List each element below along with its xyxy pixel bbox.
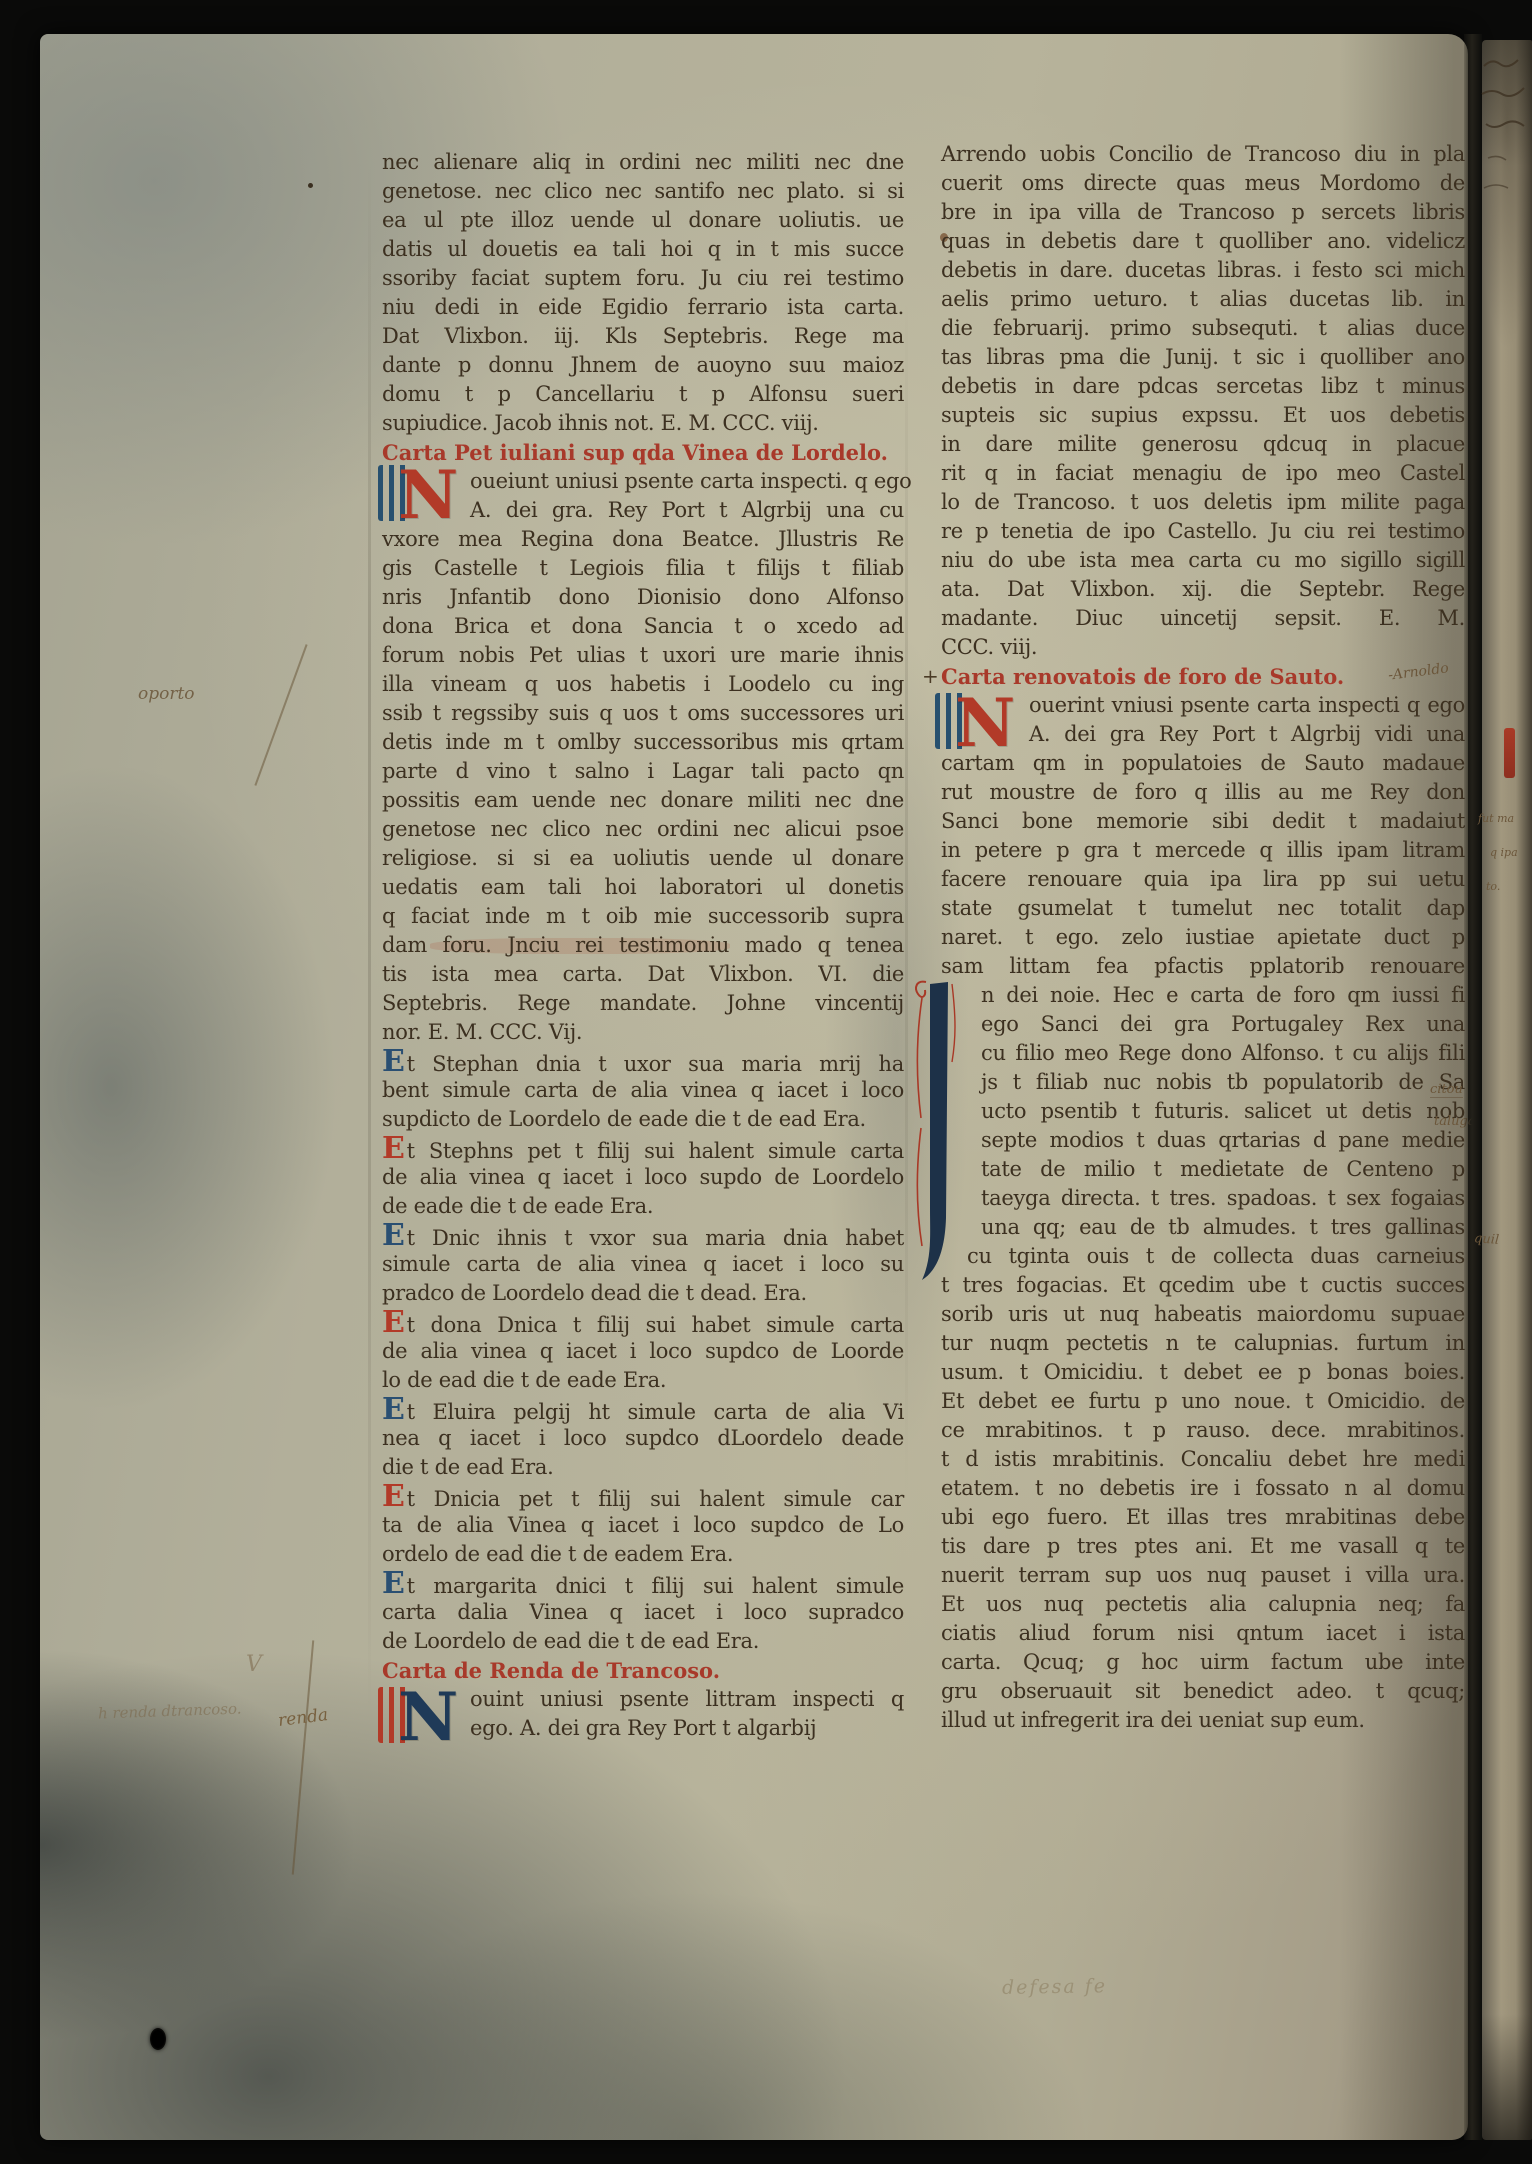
margin-note-citou: citou [1430, 1082, 1463, 1098]
manuscript-line: ouint uniusi psente littram inspecti q [382, 1685, 904, 1714]
manuscript-line: quas in debetis dare t quolliber ano. vi… [941, 227, 1465, 256]
manuscript-line: religiose. si si ea uoliutis uende ul do… [382, 844, 904, 873]
manuscript-line: simule carta de alia vinea q iacet i loc… [382, 1250, 904, 1279]
cross-mark: + [922, 664, 939, 688]
manuscript-line: ce mrabitinos. t p rauso. dece. mrabitin… [941, 1416, 1465, 1445]
manuscript-line: ordelo de ead die t de eadem Era. [382, 1540, 904, 1569]
rubric-line: Carta de Renda de Trancoso. [382, 1656, 904, 1685]
manuscript-line: ta de alia Vinea q iacet i loco supdco d… [382, 1511, 904, 1540]
manuscript-line: de alia vinea q iacet i loco supdo de Lo… [382, 1163, 904, 1192]
manuscript-line: vxore mea Regina dona Beatce. Jllustris … [382, 525, 904, 554]
manuscript-line: A. dei gra Rey Port t Algrbij vidi una [941, 720, 1465, 749]
manuscript-line: cartam qm in populatoies de Sauto madaue [941, 749, 1465, 778]
fore-edge-red-initial [1504, 728, 1515, 778]
manuscript-line: die t de ead Era. [382, 1453, 904, 1482]
crease-line [368, 160, 371, 1720]
illuminated-initial-noverint-right: N [935, 690, 1017, 752]
manuscript-line: tis dare p tres ptes ani. Et me vasall q… [941, 1532, 1465, 1561]
fore-edge-note: quil [1474, 1231, 1500, 1248]
manuscript-line: debetis in dare pdcas sercetas libz t mi… [941, 372, 1465, 401]
manuscript-line: dona Brica et dona Sancia t o xcedo ad [382, 612, 904, 641]
manuscript-line: cu filio meo Rege dono Alfonso. t cu ali… [941, 1039, 1465, 1068]
manuscript-line: possitis eam uende nec donare militi nec… [382, 786, 904, 815]
manuscript-line: Et Stephan dnia t uxor sua maria mrij ha [382, 1047, 904, 1076]
manuscript-line: dante p donnu Jhnem de auoyno suu maioz [382, 351, 904, 380]
paragraph-initial: E [382, 1218, 407, 1253]
margin-v-mark: V [246, 1652, 262, 1677]
manuscript-line: supiudice. Jacob ihnis not. E. M. CCC. v… [382, 409, 904, 438]
manuscript-line: domu t p Cancellariu t p Alfonsu sueri [382, 380, 904, 409]
paragraph-initial: E [382, 1131, 407, 1166]
manuscript-line: Arrendo uobis Concilio de Trancoso diu i… [941, 140, 1465, 169]
manuscript-line: nec alienare aliq in ordini nec militi n… [382, 148, 904, 177]
paragraph-initial: E [382, 1479, 407, 1514]
manuscript-line: parte d vino t salno i Lagar tali pacto … [382, 757, 904, 786]
manuscript-line: taeyga directa. t tres. spadoas. t sex f… [941, 1184, 1465, 1213]
manuscript-line: illud ut infregerit ira dei ueniat sup e… [941, 1706, 1465, 1735]
manuscript-line: ciatis aliud forum nisi qntum iacet i is… [941, 1619, 1465, 1648]
manuscript-line: A. dei gra. Rey Port t Algrbij una cu [382, 496, 904, 525]
manuscript-line: state gsumelat t tumelut nec totalit dap [941, 894, 1465, 923]
manuscript-line: usum. t Omicidiu. t debet ee p bonas boi… [941, 1358, 1465, 1387]
manuscript-line: tur nuqm pectetis n te calupnias. furtum… [941, 1329, 1465, 1358]
manuscript-line: de eade die t de eade Era. [382, 1192, 904, 1221]
ink-speck [308, 183, 313, 188]
manuscript-line: gru obseruauit sit benedict adeo. t qcuq… [941, 1677, 1465, 1706]
manuscript-line: niu do ube ista mea carta cu mo sigillo … [941, 546, 1465, 575]
manuscript-line: Et uos nuq pectetis alia calupnia neq; f… [941, 1590, 1465, 1619]
manuscript-line: genetose. nec clico nec santifo nec plat… [382, 177, 904, 206]
manuscript-line: madante. Diuc uincetij sepsit. E. M. [941, 604, 1465, 633]
manuscript-line: Et Eluira pelgij ht simule carta de alia… [382, 1395, 904, 1424]
manuscript-line: t tres fogacias. Et qcedim ube t cuctis … [941, 1271, 1465, 1300]
manuscript-line: supdicto de Loordelo de eade die t de ea… [382, 1105, 904, 1134]
initial-letter: N [398, 456, 458, 534]
manuscript-line: die februarij. primo subsequti. t alias … [941, 314, 1465, 343]
illuminated-initial-noverint-left: N [378, 462, 460, 524]
manuscript-line: ssib t regssiby suis q uos t oms success… [382, 699, 904, 728]
manuscript-line: de alia vinea q iacet i loco supdco de L… [382, 1337, 904, 1366]
manuscript-line: oueiunt uniusi psente carta inspecti. q … [382, 467, 904, 496]
manuscript-line: datis ul douetis ea tali hoi q in t mis … [382, 235, 904, 264]
manuscript-line: tis ista mea carta. Dat Vlixbon. VI. die [382, 960, 904, 989]
manuscript-line: etatem. t no debetis ire i fossato n al … [941, 1474, 1465, 1503]
manuscript-line: bent simule carta de alia vinea q iacet … [382, 1076, 904, 1105]
fore-edge-scribbles [1478, 48, 1530, 238]
erased-text: defesa fe [1002, 1975, 1107, 1999]
manuscript-line: Et Stephns pet t filij sui halent simule… [382, 1134, 904, 1163]
fore-edge-note: to. [1486, 880, 1500, 893]
manuscript-line: nuerit terram sup uos nuq pauset i villa… [941, 1561, 1465, 1590]
manuscript-line: Et dona Dnica t filij sui habet simule c… [382, 1308, 904, 1337]
manuscript-line: pradco de Loordelo dead die t dead. Era. [382, 1279, 904, 1308]
manuscript-line: carta dalia Vinea q iacet i loco supradc… [382, 1598, 904, 1627]
manuscript-line: ego. A. dei gra Rey Port t algarbij [382, 1714, 904, 1743]
manuscript-line: t d istis mrabitinis. Concaliu debet hre… [941, 1445, 1465, 1474]
manuscript-line: ssoriby faciat suptem foru. Ju ciu rei t… [382, 264, 904, 293]
manuscript-line: Dat Vlixbon. iij. Kls Septebris. Rege ma [382, 322, 904, 351]
manuscript-line: debetis in dare. ducetas libras. i festo… [941, 256, 1465, 285]
manuscript-line: in dare milite generosu qdcuq in placue [941, 430, 1465, 459]
initial-letter: N [398, 1678, 458, 1756]
manuscript-line: ouerint vniusi psente carta inspecti q e… [941, 691, 1465, 720]
manuscript-line: in petere p gra t mercede q illis ipam l… [941, 836, 1465, 865]
manuscript-line: lo de ead die t de eade Era. [382, 1366, 904, 1395]
manuscript-line: q faciat inde m t oib mie successorib su… [382, 902, 904, 931]
manuscript-line: genetose nec clico nec ordini nec alicui… [382, 815, 904, 844]
manuscript-line: gis Castelle t Legiois filia t filijs t … [382, 554, 904, 583]
manuscript-line: cu tginta ouis t de collecta duas carnei… [941, 1242, 1465, 1271]
manuscript-line: nor. E. M. CCC. Vij. [382, 1018, 904, 1047]
manuscript-line: ucto psentib t futuris. salicet ut detis… [941, 1097, 1465, 1126]
manuscript-line: tate de milio t medietate de Centeno p [941, 1155, 1465, 1184]
manuscript-line: facere renouare quia ipa lira pp sui uet… [941, 865, 1465, 894]
fore-edge-note: q ipa [1490, 846, 1518, 859]
illuminated-initial-renda-left: N [378, 1684, 460, 1746]
manuscript-line: septe modios t duas qrtarias d pane medi… [941, 1126, 1465, 1155]
manuscript-line: detis inde m t omlby successoribus mis q… [382, 728, 904, 757]
paragraph-initial: E [382, 1044, 407, 1079]
manuscript-line: carta. Qcuq; g hoc uirm factum ube inte [941, 1648, 1465, 1677]
manuscript-photo: nec alienare aliq in ordini nec militi n… [0, 0, 1532, 2164]
manuscript-line: CCC. viij. [941, 633, 1465, 662]
margin-note-oporto: oporto [138, 684, 195, 704]
manuscript-line: sorib uris ut nuq habeatis maiordomu sup… [941, 1300, 1465, 1329]
manuscript-line: rut moustre de foro q illis au me Rey do… [941, 778, 1465, 807]
manuscript-line: ego Sanci dei gra Portugaley Rex una [941, 1010, 1465, 1039]
manuscript-line: rit q in faciat menagiu de ipo meo Caste… [941, 459, 1465, 488]
initial-letter: N [955, 684, 1015, 762]
manuscript-line: nea q iacet i loco supdco dLoordelo dead… [382, 1424, 904, 1453]
manuscript-line: lo de Trancoso. t uos deletis ipm milite… [941, 488, 1465, 517]
manuscript-line: Et debet ee furtu p uno noue. t Omicidio… [941, 1387, 1465, 1416]
manuscript-line: aelis primo ueturo. t alias ducetas lib.… [941, 285, 1465, 314]
manuscript-line: una qq; eau de tb almudes. t tres gallin… [941, 1213, 1465, 1242]
manuscript-line: illa vineam q uos habetis i Loodelo cu i… [382, 670, 904, 699]
manuscript-line: ubi ego fuero. Et illas tres mrabitinas … [941, 1503, 1465, 1532]
manuscript-line: uedatis eam tali hoi laboratori ul donet… [382, 873, 904, 902]
manuscript-line: ea ul pte illoz uende ul donare uoliutis… [382, 206, 904, 235]
manuscript-line: Et Dnic ihnis t vxor sua maria dnia habe… [382, 1221, 904, 1250]
rubric-line: Carta renovatois de foro de Sauto. [941, 662, 1465, 691]
paragraph-initial: E [382, 1566, 407, 1601]
manuscript-line: supteis sic supius expssu. Et uos debeti… [941, 401, 1465, 430]
manuscript-line: tas libras pma die Junij. t sic i quolli… [941, 343, 1465, 372]
manuscript-line: bre in ipa villa de Trancoso p sercets l… [941, 198, 1465, 227]
manuscript-line: cuerit oms directe quas meus Mordomo de [941, 169, 1465, 198]
manuscript-line: Sanci bone memorie sibi dedit t madaiut [941, 807, 1465, 836]
manuscript-line: n dei noie. Hec e carta de foro qm iussi… [941, 981, 1465, 1010]
manuscript-line: de Loordelo de ead die t de ead Era. [382, 1627, 904, 1656]
text-column-left: nec alienare aliq in ordini nec militi n… [382, 148, 904, 1743]
illuminated-initial-tall-j [912, 978, 958, 1288]
manuscript-line: dam foru. Jnciu rei testimoniu mado q te… [382, 931, 904, 960]
next-folio-edge [1482, 40, 1532, 2140]
manuscript-line: re p tenetia de ipo Castello. Ju ciu rei… [941, 517, 1465, 546]
tall-j-graphic [912, 978, 958, 1284]
wormhole [150, 2028, 166, 2050]
paragraph-initial: E [382, 1392, 407, 1427]
manuscript-line: js t filiab nuc nobis tb populatorib de … [941, 1068, 1465, 1097]
text-column-right: Arrendo uobis Concilio de Trancoso diu i… [941, 140, 1465, 1735]
manuscript-line: sam littam fea pfactis pplatorib renouar… [941, 952, 1465, 981]
rubric-line: Carta Pet iuliani sup qda Vinea de Lorde… [382, 438, 904, 467]
paragraph-initial: E [382, 1305, 407, 1340]
manuscript-line: forum nobis Pet ulias t uxori ure marie … [382, 641, 904, 670]
manuscript-line: ata. Dat Vlixbon. xij. die Septebr. Rege [941, 575, 1465, 604]
manuscript-line: Septebris. Rege mandate. Johne vincentij [382, 989, 904, 1018]
manuscript-line: niu dedi in eide Egidio ferrario ista ca… [382, 293, 904, 322]
fore-edge-note: fut ma [1478, 812, 1514, 825]
manuscript-line: naret. t ego. zelo iustiae apietate duct… [941, 923, 1465, 952]
gutter-shadow [1464, 34, 1482, 2140]
manuscript-line: nris Jnfantib dono Dionisio dono Alfonso [382, 583, 904, 612]
manuscript-line: Et margarita dnici t filij sui halent si… [382, 1569, 904, 1598]
manuscript-line: Et Dnicia pet t filij sui halent simule … [382, 1482, 904, 1511]
